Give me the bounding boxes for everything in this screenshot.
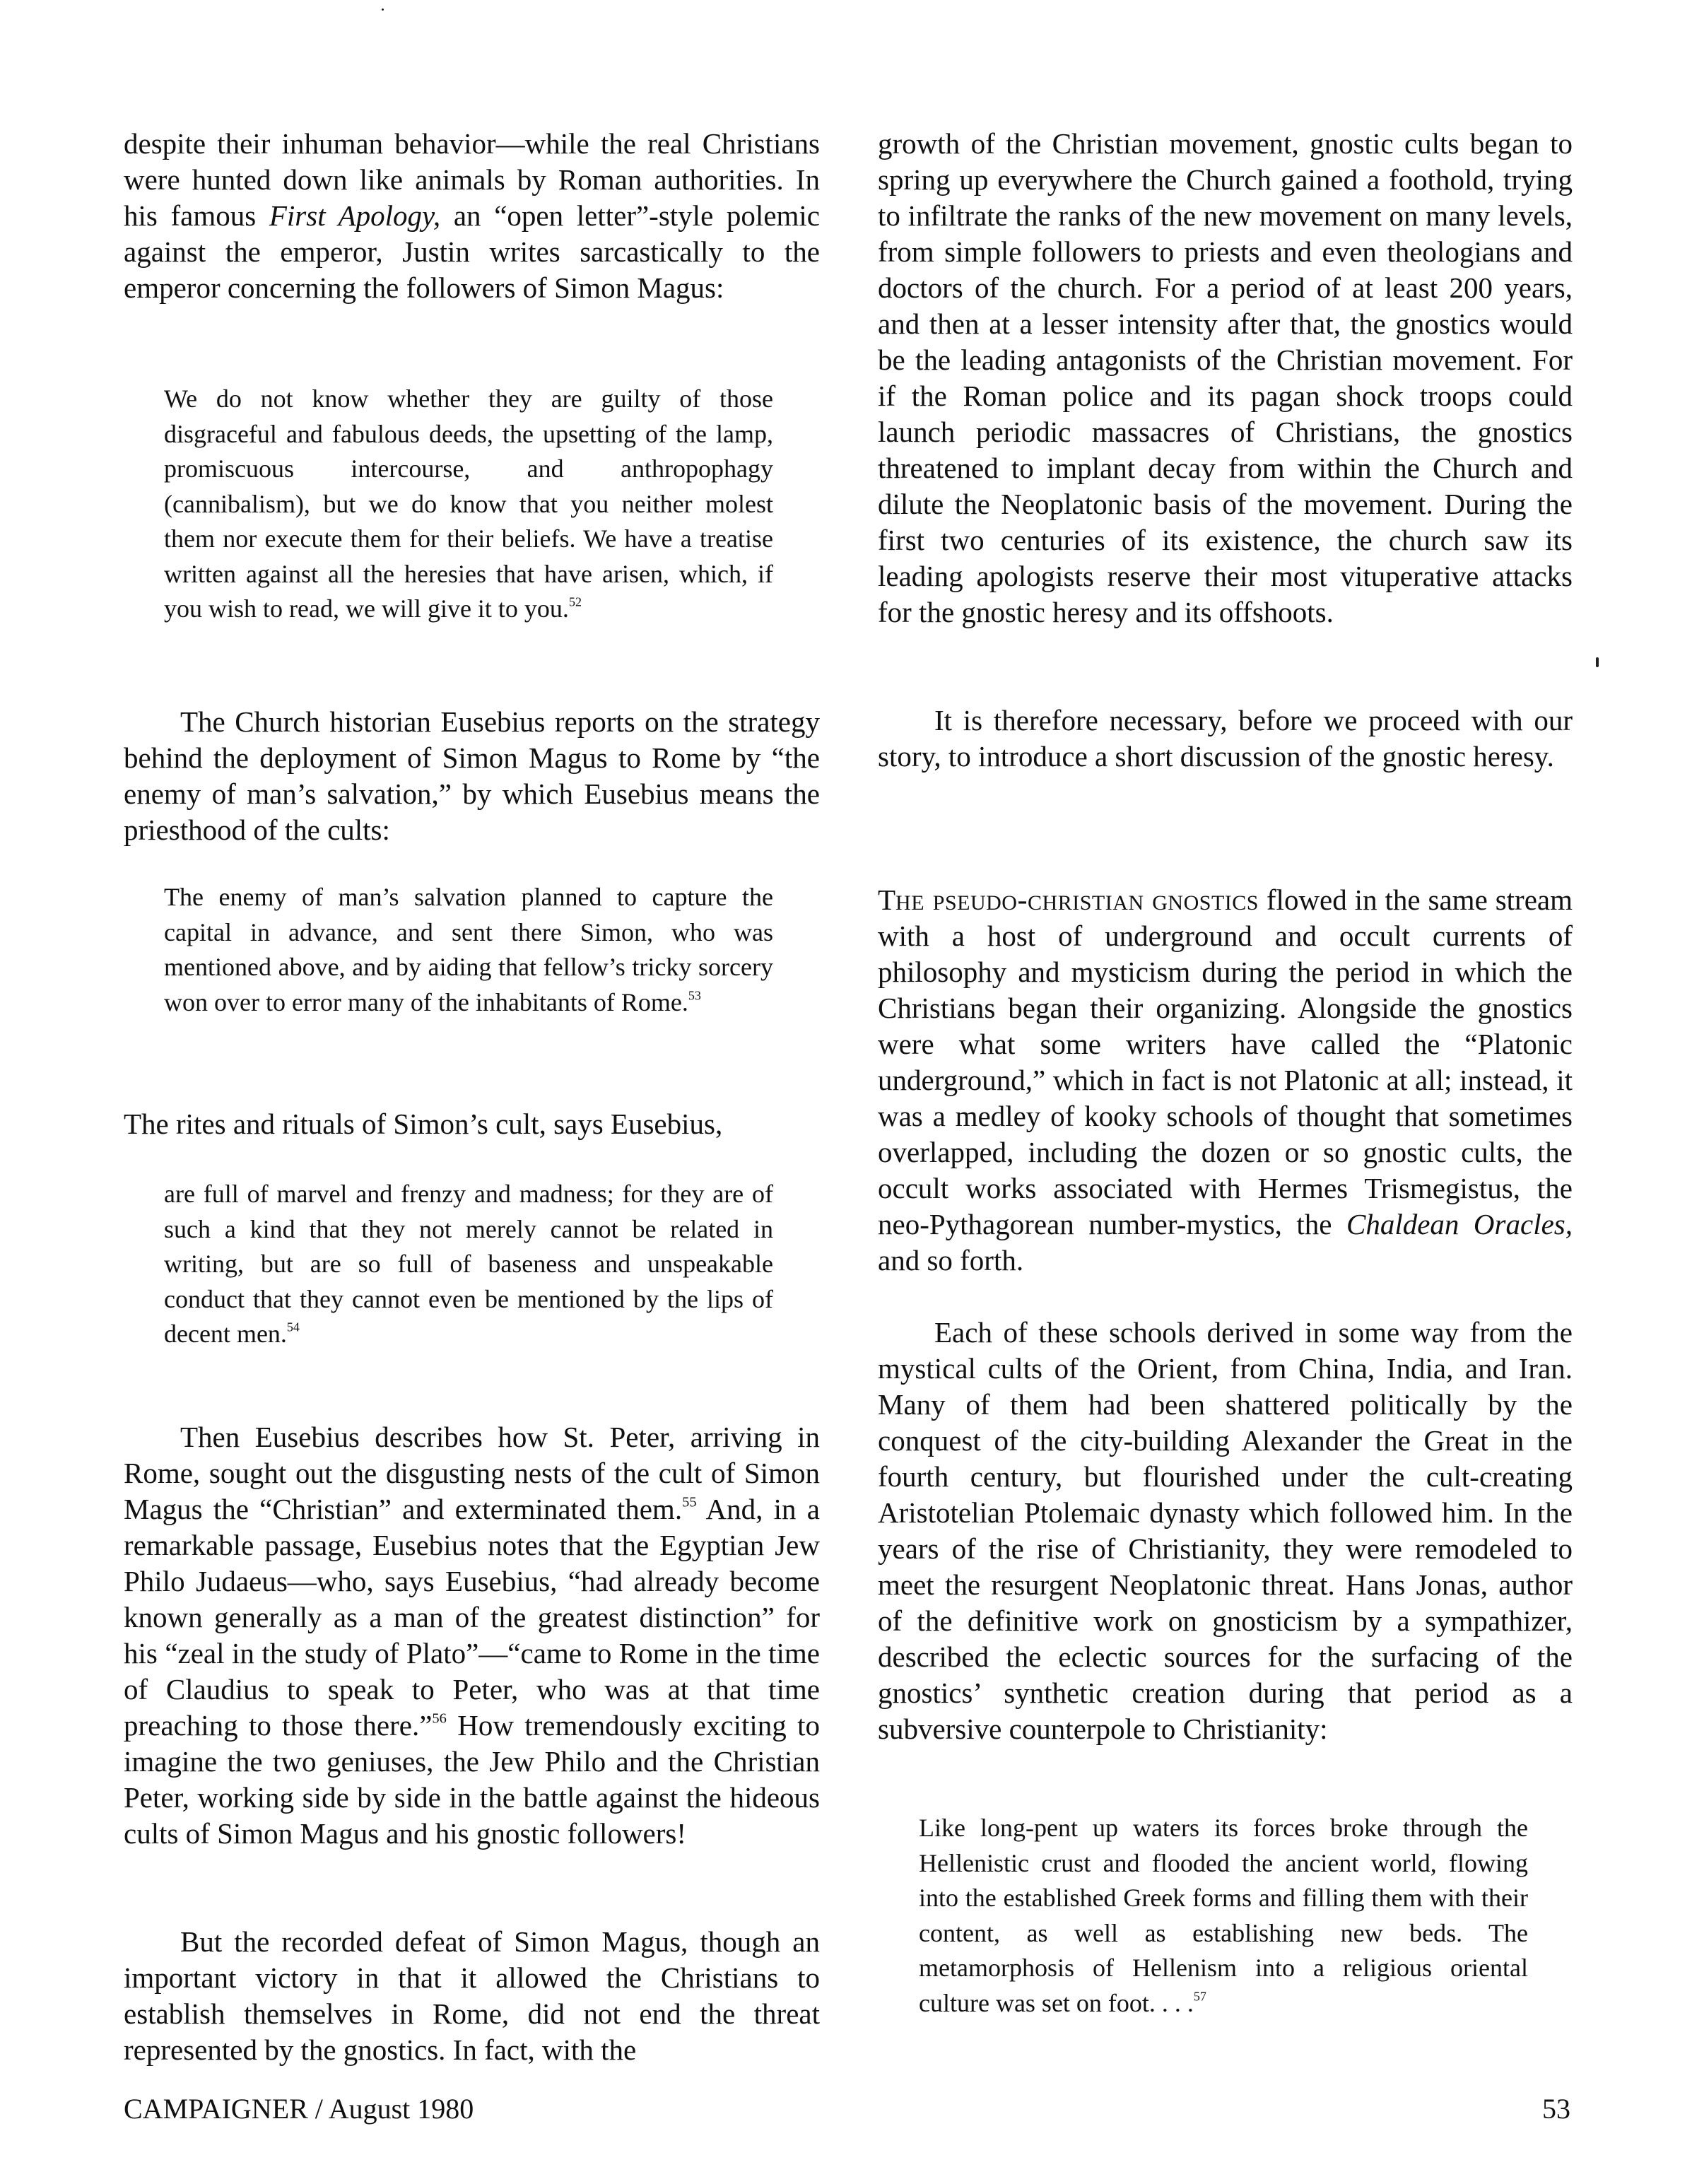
- paragraph-text: The Church historian Eusebius reports on…: [124, 705, 820, 846]
- footnote-ref-53: 53: [688, 988, 701, 1002]
- paragraph-text: flowed in the same stream with a host of…: [878, 883, 1573, 1240]
- footnote-ref-56: 56: [432, 1711, 447, 1727]
- left-paragraph-5: But the recorded defeat of Simon Magus, …: [124, 1924, 820, 2068]
- publication-footer: CAMPAIGNER / August 1980: [124, 2092, 474, 2126]
- left-paragraph-4: Then Eusebius describes how St. Peter, a…: [124, 1419, 820, 1852]
- footnote-ref-54: 54: [287, 1320, 300, 1334]
- right-paragraph-1: growth of the Christian movement, gnosti…: [878, 126, 1573, 630]
- footnote-ref-55: 55: [682, 1495, 697, 1510]
- quote-text: The enemy of man’s salvation planned to …: [164, 883, 773, 1016]
- book-title-chaldean-oracles: Chaldean Oracles,: [1346, 1208, 1573, 1240]
- paragraph-text: and so forth.: [878, 1244, 1023, 1276]
- block-quote-justin: We do not know whether they are guilty o…: [164, 382, 773, 627]
- block-quote-eusebius-2: are full of marvel and frenzy and madnes…: [164, 1177, 773, 1352]
- paragraph-text: The rites and rituals of Simon’s cult, s…: [124, 1108, 722, 1140]
- paragraph-text: But the recorded defeat of Simon Magus, …: [124, 1925, 820, 2066]
- page-number: 53: [1542, 2092, 1570, 2126]
- paragraph-text: It is therefore necessary, before we pro…: [878, 704, 1573, 773]
- block-quote-jonas: Like long-pent up waters its forces brok…: [919, 1811, 1528, 2021]
- section-initial: T: [878, 883, 895, 916]
- quote-text: Like long-pent up waters its forces brok…: [919, 1814, 1528, 2017]
- scan-artifact-mark: [1596, 657, 1599, 667]
- section-heading-smallcaps: he pseudo-christian gnostics: [895, 883, 1259, 917]
- right-paragraph-4: Each of these schools derived in some wa…: [878, 1315, 1573, 1747]
- paragraph-text: Each of these schools derived in some wa…: [878, 1316, 1573, 1745]
- quote-text: are full of marvel and frenzy and madnes…: [164, 1180, 773, 1348]
- block-quote-eusebius-1: The enemy of man’s salvation planned to …: [164, 880, 773, 1020]
- right-paragraph-2: It is therefore necessary, before we pro…: [878, 703, 1573, 775]
- left-paragraph-1: despite their inhuman behavior—while the…: [124, 126, 820, 306]
- paragraph-text: And, in a remarkable passage, Eusebius n…: [124, 1493, 820, 1742]
- scan-artifact-dot: [382, 8, 384, 11]
- footnote-ref-52: 52: [569, 595, 582, 609]
- book-title-first-apology: First Apology,: [269, 199, 440, 232]
- paragraph-text: growth of the Christian movement, gnosti…: [878, 127, 1573, 628]
- footnote-ref-57: 57: [1194, 1989, 1206, 2003]
- quote-text: We do not know whether they are guilty o…: [164, 384, 773, 623]
- section-opening-paragraph: The pseudo-christian gnostics flowed in …: [878, 882, 1573, 1279]
- left-paragraph-3: The rites and rituals of Simon’s cult, s…: [124, 1106, 820, 1142]
- magazine-page: despite their inhuman behavior—while the…: [0, 0, 1692, 2184]
- left-paragraph-2: The Church historian Eusebius reports on…: [124, 704, 820, 848]
